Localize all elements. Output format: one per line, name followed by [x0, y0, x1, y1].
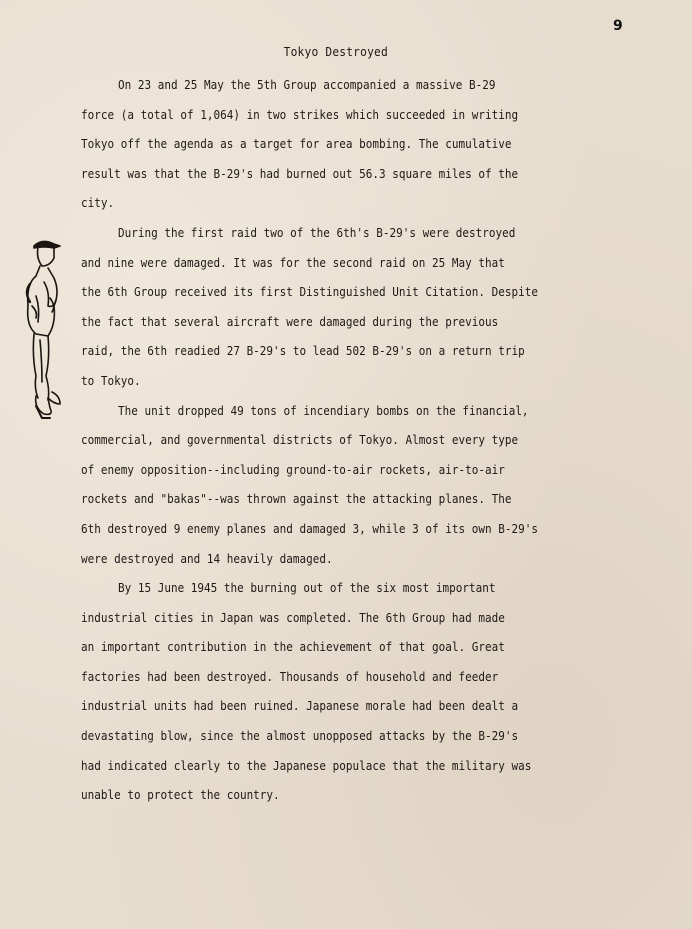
page-number: 9 [613, 18, 623, 34]
text-line: and nine were damaged. It was for the se… [81, 248, 556, 278]
text-line: raid, the 6th readied 27 B-29's to lead … [81, 336, 556, 366]
body-text: On 23 and 25 May the 5th Group accompani… [81, 70, 621, 810]
text-line: The unit dropped 49 tons of incendiary b… [81, 396, 556, 426]
text-line: city. [81, 188, 556, 218]
text-line: On 23 and 25 May the 5th Group accompani… [81, 70, 556, 100]
text-line: to Tokyo. [81, 366, 556, 396]
text-line: unable to protect the country. [81, 780, 556, 810]
text-line: result was that the B-29's had burned ou… [81, 159, 556, 189]
soldier-sketch-icon [14, 236, 62, 422]
text-line: industrial cities in Japan was completed… [81, 603, 556, 633]
text-line: the 6th Group received its first Disting… [81, 277, 556, 307]
text-line: During the first raid two of the 6th's B… [81, 218, 556, 248]
text-line: had indicated clearly to the Japanese po… [81, 751, 556, 781]
text-line: of enemy opposition--including ground-to… [81, 455, 556, 485]
text-line: force (a total of 1,064) in two strikes … [81, 100, 556, 130]
text-line: factories had been destroyed. Thousands … [81, 662, 556, 692]
page-title: Tokyo Destroyed [33, 44, 638, 59]
text-line: commercial, and governmental districts o… [81, 425, 556, 455]
text-line: an important contribution in the achieve… [81, 632, 556, 662]
text-line: devastating blow, since the almost unopp… [81, 721, 556, 751]
text-line: the fact that several aircraft were dama… [81, 307, 556, 337]
text-line: were destroyed and 14 heavily damaged. [81, 544, 556, 574]
text-line: industrial units had been ruined. Japane… [81, 691, 556, 721]
text-line: By 15 June 1945 the burning out of the s… [81, 573, 556, 603]
text-line: rockets and "bakas"--was thrown against … [81, 484, 556, 514]
text-line: Tokyo off the agenda as a target for are… [81, 129, 556, 159]
text-line: 6th destroyed 9 enemy planes and damaged… [81, 514, 556, 544]
